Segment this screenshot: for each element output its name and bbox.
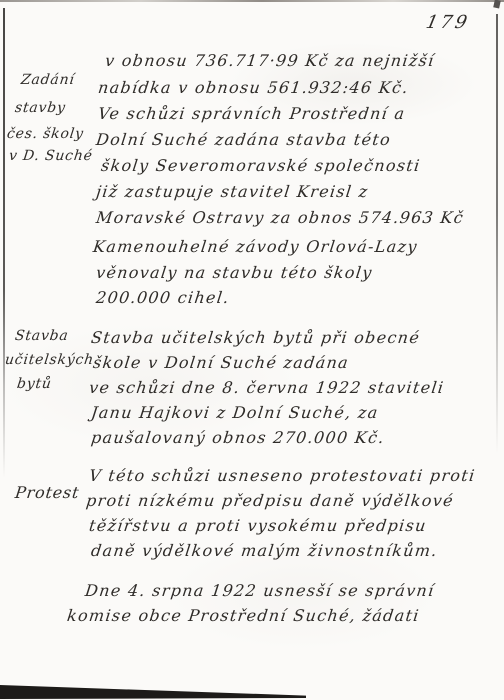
body-text-line: těžířstvu a proti vysokému předpisu [88, 516, 428, 535]
margin-note-line: v D. Suché [8, 148, 94, 164]
body-text-line: komise obce Prostřední Suché, žádati [66, 606, 421, 625]
body-text-line: V této schůzi usneseno protestovati prot… [88, 466, 477, 485]
margin-note-line: Zadání [20, 72, 76, 88]
body-text-line: věnovaly na stavbu této školy [95, 263, 374, 282]
body-text-line: ve schůzi dne 8. června 1922 staviteli [88, 378, 446, 397]
page-number: 179 [424, 12, 472, 33]
margin-note-line: Protest [14, 483, 81, 502]
body-text-line: proti nízkému předpisu daně výdělkové [85, 491, 455, 510]
body-text-line: Janu Hajkovi z Dolní Suché, za [90, 403, 380, 422]
body-text-line: daně výdělkové malým živnostníkům. [90, 541, 439, 560]
scan-edge-top [0, 0, 504, 2]
scan-edge-right [496, 14, 498, 454]
margin-note-line: Stavba [14, 328, 70, 344]
body-text-line: školy Severomoravské společnosti [100, 156, 422, 175]
body-text-line: Moravské Ostravy za obnos 574.963 Kč [95, 208, 465, 227]
body-text-line: paušalovaný obnos 270.000 Kč. [90, 428, 386, 447]
body-text-line: Stavba učitelských bytů při obecné [90, 328, 421, 347]
margin-note-line: čes. školy [6, 126, 85, 142]
body-text-line: Dolní Suché zadána stavba této [95, 130, 392, 149]
body-text-line: 200.000 cihel. [95, 288, 231, 307]
scan-shadow-bottom [0, 682, 306, 699]
body-text-line: v obnosu 736.717·99 Kč za nejnižší [104, 51, 436, 70]
scan-edge-left [3, 8, 5, 478]
body-text-line: nabídka v obnosu 561.932:46 Kč. [97, 78, 410, 97]
margin-note-line: učitelských [4, 352, 95, 368]
manuscript-page: 179 Zadání stavby čes. školy v D. Suché … [0, 0, 504, 700]
margin-note-line: stavby [14, 100, 67, 116]
body-text-line: Dne 4. srpna 1922 usnesší se správní [84, 581, 436, 600]
body-text-line: Kamenouhelné závody Orlová-Lazy [92, 237, 419, 256]
margin-note-line: bytů [16, 376, 53, 392]
body-text-line: škole v Dolní Suché zadána [92, 353, 350, 372]
scan-corner-mark [493, 0, 501, 9]
body-text-line: již zastupuje stavitel Kreisl z [95, 182, 370, 201]
body-text-line: Ve schůzi správních Prostřední a [97, 104, 407, 123]
